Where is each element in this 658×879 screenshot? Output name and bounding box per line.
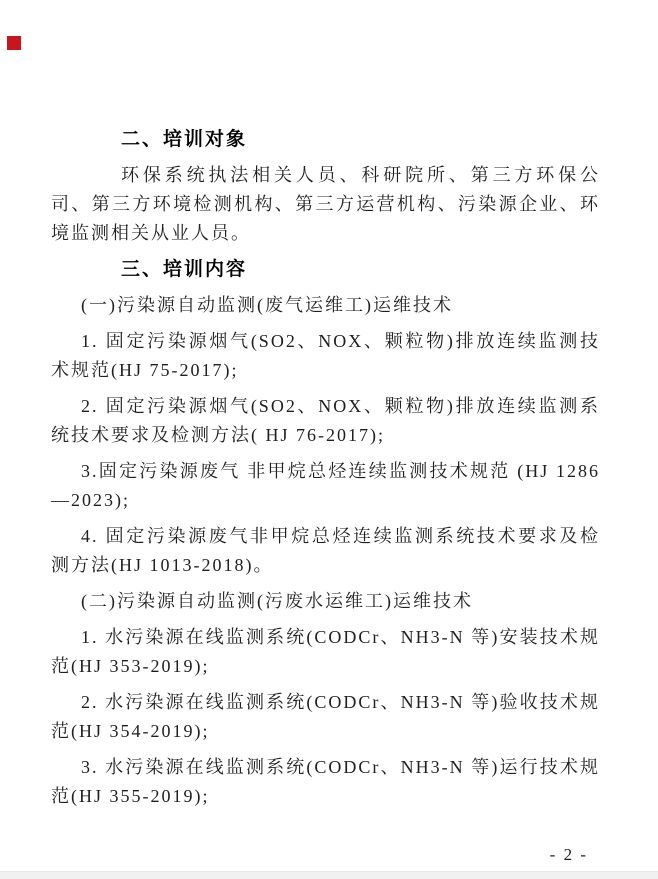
document-body: 二、培训对象 环保系统执法相关人员、科研院所、第三方环保公司、第三方环境检测机构… [51, 125, 600, 818]
red-stamp-icon [7, 36, 21, 50]
section-heading-training-content: 三、培训内容 [51, 255, 600, 284]
list-item-air-4: 4. 固定污染源废气非甲烷总烃连续监测系统技术要求及检测方法(HJ 1013-2… [51, 522, 600, 580]
list-item-water-3: 3. 水污染源在线监测系统(CODCr、NH3-N 等)运行技术规范(HJ 35… [51, 753, 600, 811]
list-item-water-2: 2. 水污染源在线监测系统(CODCr、NH3-N 等)验收技术规范(HJ 35… [51, 688, 600, 746]
list-item-air-2: 2. 固定污染源烟气(SO2、NOX、颗粒物)排放连续监测系统技术要求及检测方法… [51, 392, 600, 450]
training-targets-paragraph: 环保系统执法相关人员、科研院所、第三方环保公司、第三方环境检测机构、第三方运营机… [51, 161, 600, 248]
list-item-air-3: 3.固定污染源废气 非甲烷总烃连续监测技术规范 (HJ 1286—2023); [51, 457, 600, 515]
scan-edge-shadow [0, 871, 658, 879]
list-item-air-1: 1. 固定污染源烟气(SO2、NOX、颗粒物)排放连续监测技术规范(HJ 75-… [51, 327, 600, 385]
page-number: - 2 - [550, 845, 588, 865]
document-page: 二、培训对象 环保系统执法相关人员、科研院所、第三方环保公司、第三方环境检测机构… [0, 0, 658, 879]
subsection-heading-flue-gas: (一)污染源自动监测(废气运维工)运维技术 [51, 291, 600, 320]
section-heading-training-targets: 二、培训对象 [51, 125, 600, 154]
list-item-water-1: 1. 水污染源在线监测系统(CODCr、NH3-N 等)安装技术规范(HJ 35… [51, 623, 600, 681]
subsection-heading-wastewater: (二)污染源自动监测(污废水运维工)运维技术 [51, 587, 600, 616]
